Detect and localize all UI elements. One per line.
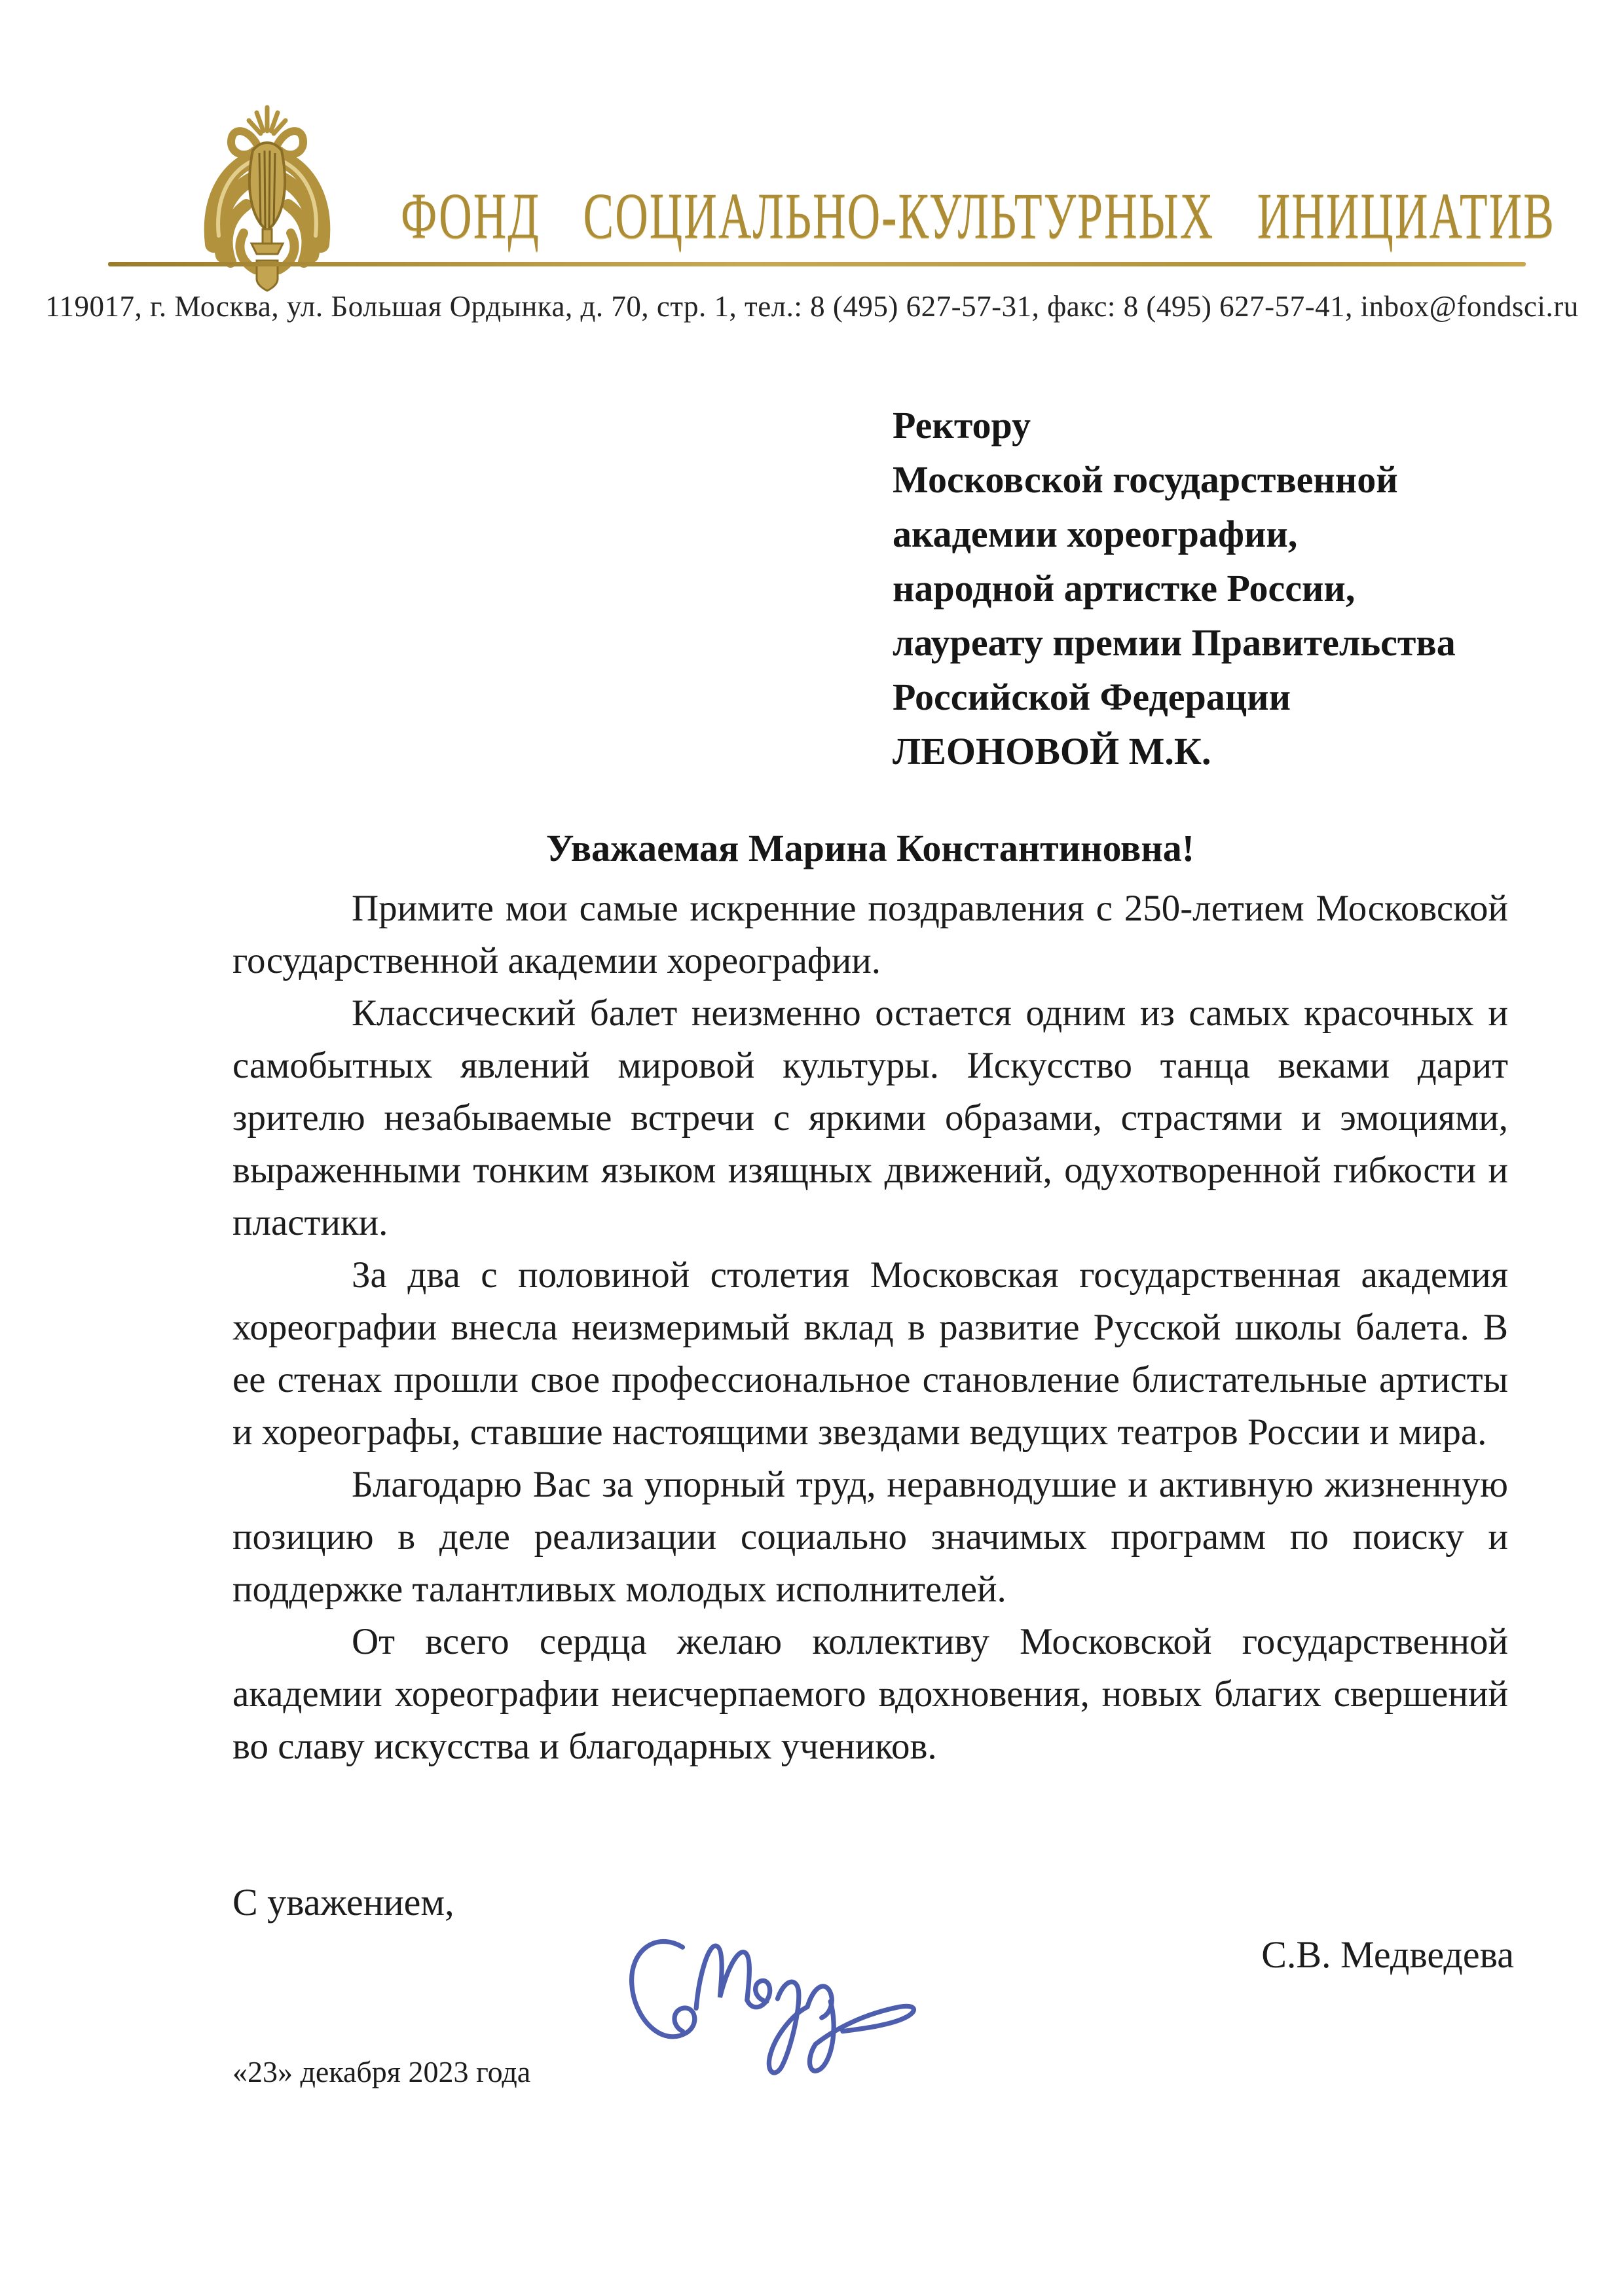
letter-paragraph: Классический балет неизменно остается од… [232, 987, 1508, 1249]
header-divider [108, 262, 1526, 266]
signer-name: С.В. Медведева [1261, 1933, 1514, 1977]
recipient-name-line: ЛЕОНОВОЙ М.К. [893, 724, 1547, 778]
handwritten-signature [606, 1905, 933, 2095]
recipient-line: народной артистке России, [893, 561, 1547, 615]
organization-name: ФОНД СОЦИАЛЬНО-КУЛЬТУРНЫХ ИНИЦИАТИВ [401, 185, 1555, 249]
letter-paragraph: Примите мои самые искренние поздравления… [232, 883, 1508, 987]
letter-paragraph: Благодарю Вас за упорный труд, неравноду… [232, 1459, 1508, 1616]
recipient-line: академии хореографии, [893, 507, 1547, 561]
recipient-line: Российской Федерации [893, 670, 1547, 724]
scanned-letter-page: ФОНД СОЦИАЛЬНО-КУЛЬТУРНЫХ ИНИЦИАТИВ 1190… [0, 0, 1624, 2296]
recipient-line: лауреату премии Правительства [893, 615, 1547, 670]
letter-date: «23» декабря 2023 года [232, 2054, 530, 2089]
letter-paragraph: От всего сердца желаю коллективу Московс… [232, 1616, 1508, 1773]
recipient-line: Московской государственной [893, 452, 1547, 507]
recipient-line: Ректору [893, 398, 1547, 452]
recipient-block: Ректору Московской государственной акаде… [893, 398, 1547, 778]
letter-paragraph: За два с половиной столетия Московская г… [232, 1249, 1508, 1459]
header-address-line: 119017, г. Москва, ул. Большая Ордынка, … [0, 289, 1624, 323]
letter-body: Примите мои самые искренние поздравления… [232, 883, 1508, 1773]
salutation: Уважаемая Марина Константиновна! [232, 826, 1508, 870]
closing-regards: С уважением, [232, 1880, 454, 1924]
